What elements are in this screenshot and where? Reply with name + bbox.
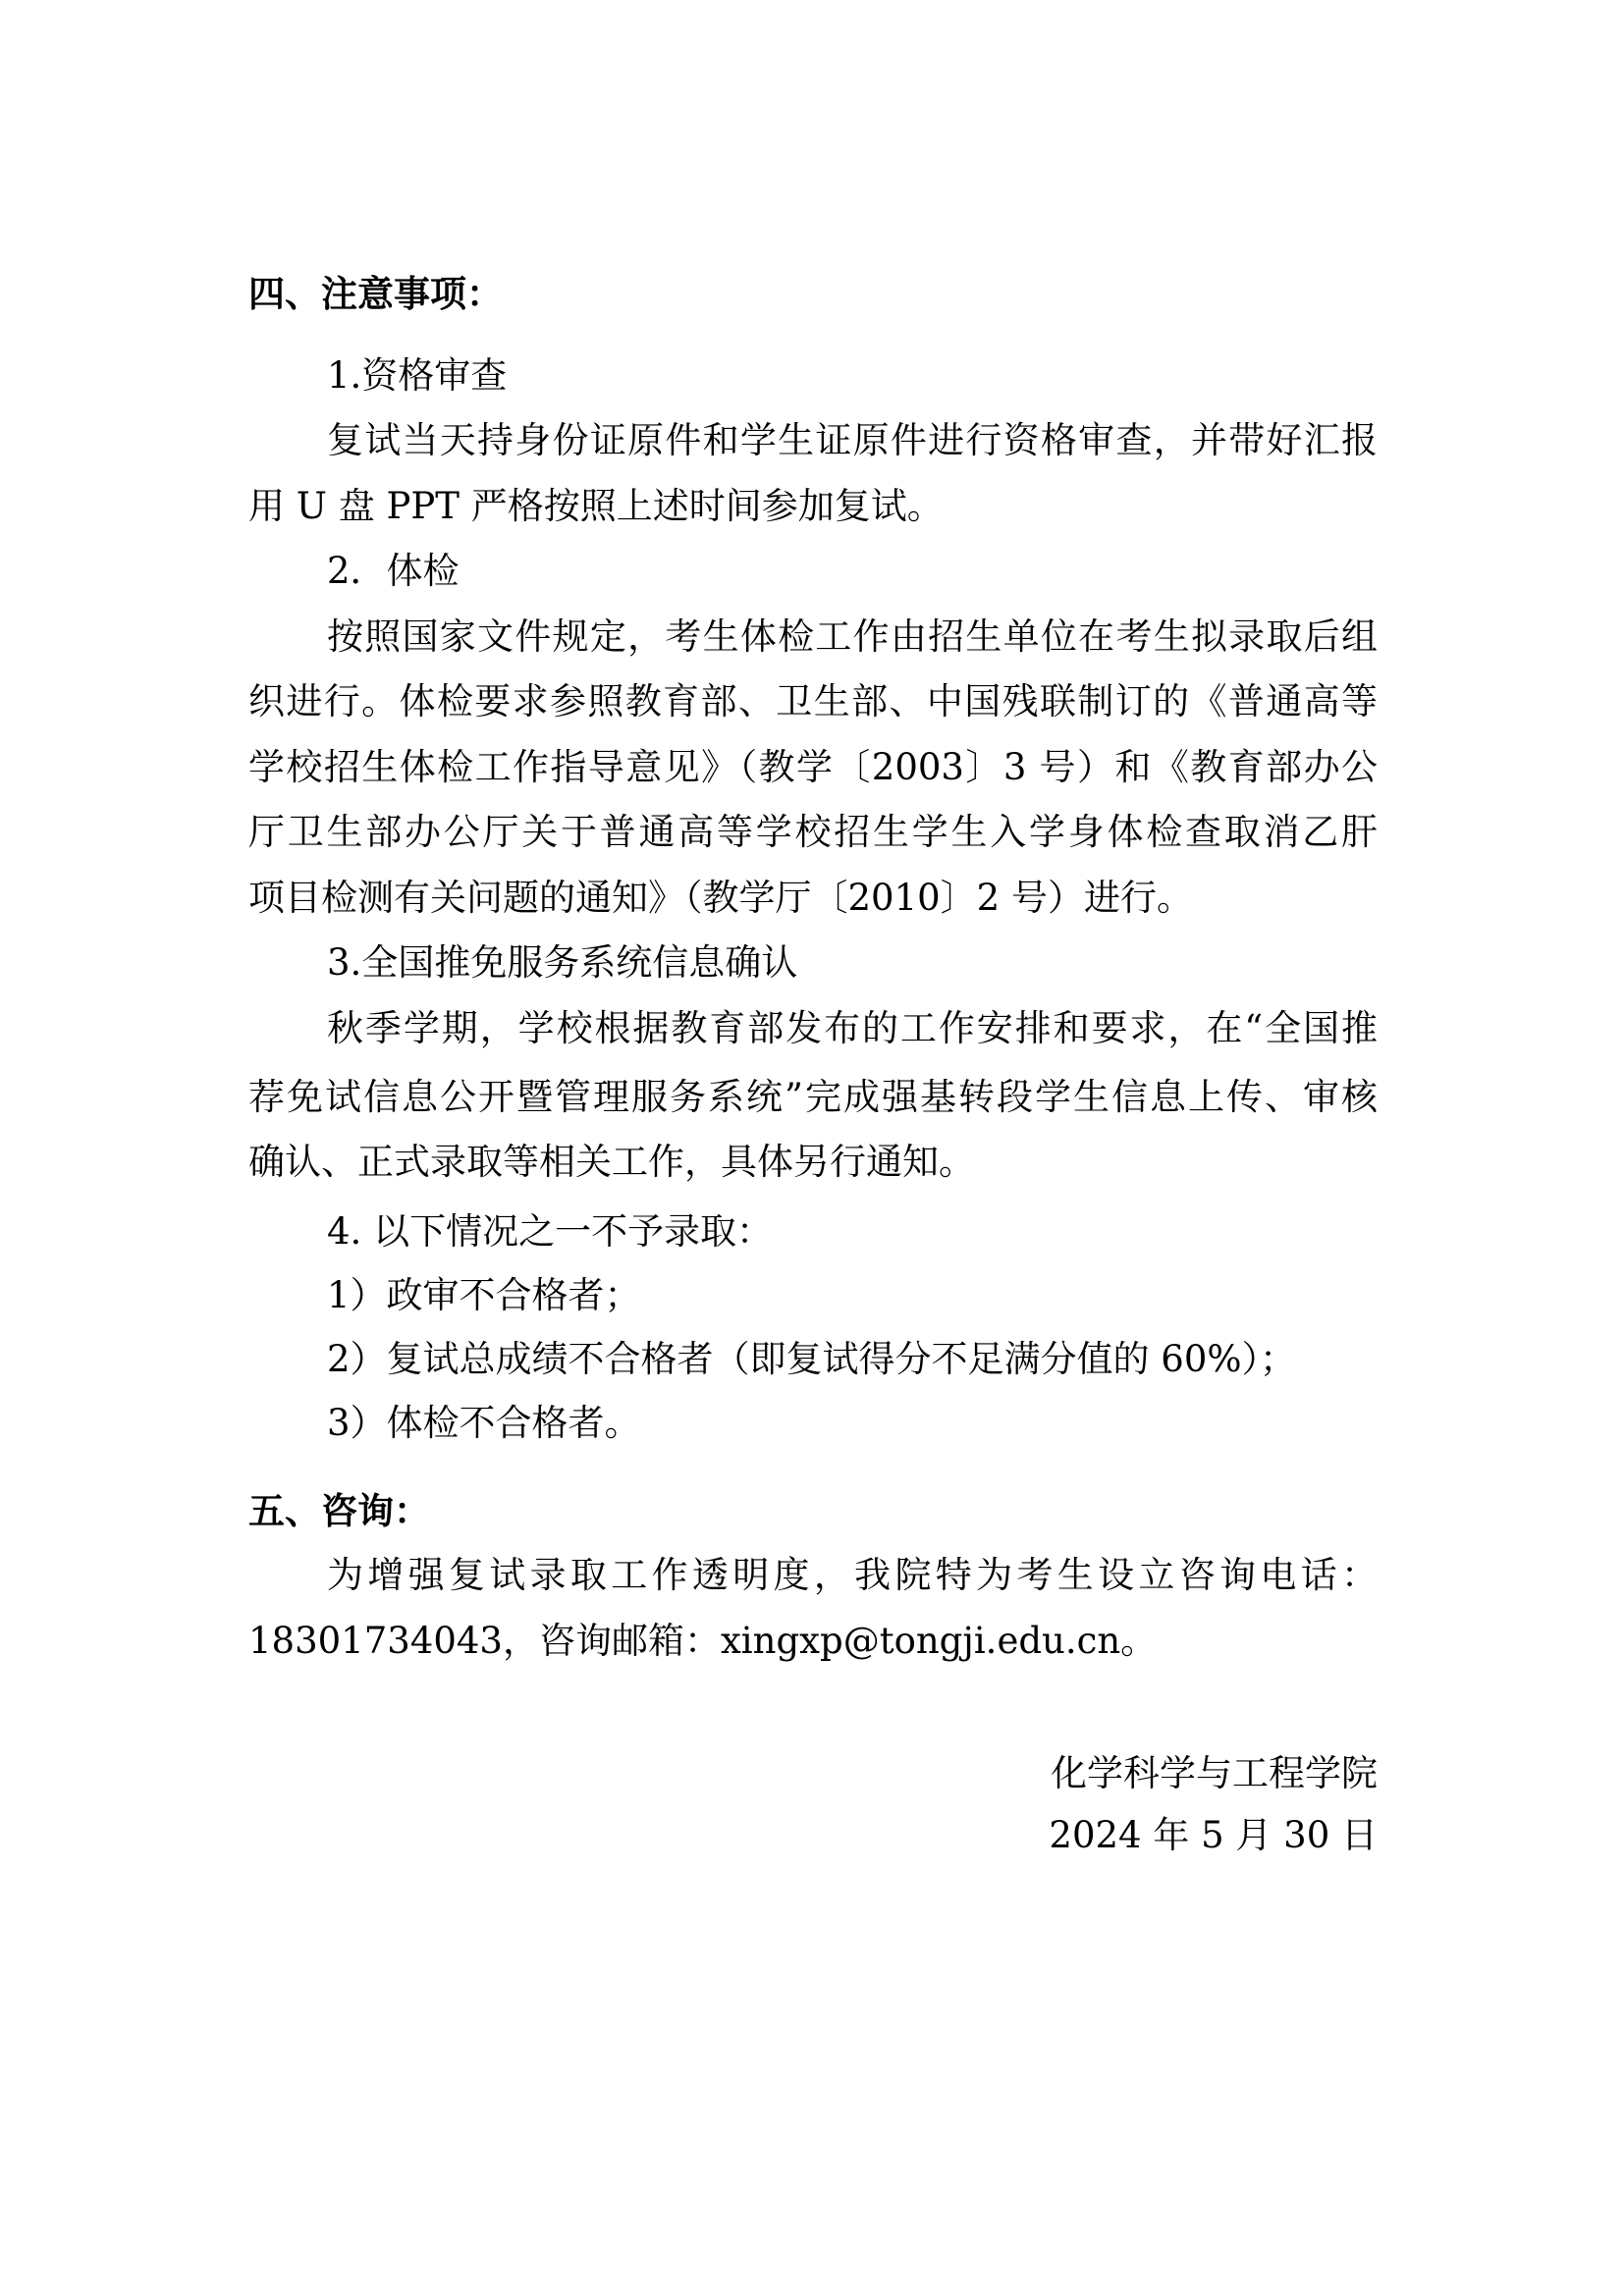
paragraph-line: 学校招生体检工作指导意见》（教学〔2003〕3 号）和《教育部办公 — [248, 746, 1378, 789]
paragraph-line: 厅卫生部办公厅关于普通高等学校招生学生入学身体检查取消乙肝 — [248, 811, 1378, 854]
paragraph-line: 复试当天持身份证原件和学生证原件进行资格审查，并带好汇报 — [327, 419, 1378, 462]
paragraph-line: 项目检测有关问题的通知》（教学厅〔2010〕2 号）进行。 — [248, 877, 1378, 920]
condition-item: 3）体检不合格者。 — [327, 1402, 1378, 1445]
section-heading-consultation: 五、咨询： — [248, 1490, 1378, 1533]
condition-item: 1）政审不合格者； — [327, 1274, 1378, 1317]
paragraph-line: 用 U 盘 PPT 严格按照上述时间参加复试。 — [248, 485, 1378, 528]
contact-line: 18301734043，咨询邮箱：xingxp@tongji.edu.cn。 — [248, 1620, 1378, 1663]
paragraph-line: 按照国家文件规定，考生体检工作由招生单位在考生拟录取后组 — [327, 615, 1378, 659]
paragraph-line: 织进行。体检要求参照教育部、卫生部、中国残联制订的《普通高等 — [248, 680, 1378, 723]
item-title-disqualification: 4. 以下情况之一不予录取： — [327, 1210, 1378, 1254]
paragraph-line: 秋季学期，学校根据教育部发布的工作安排和要求，在“全国推 — [327, 1007, 1378, 1050]
paragraph-line: 为增强复试录取工作透明度，我院特为考生设立咨询电话： — [327, 1554, 1378, 1597]
item-title-info-confirmation: 3.全国推免服务系统信息确认 — [327, 941, 1378, 985]
item-title-qualification-review: 1.资格审查 — [327, 354, 1378, 398]
document-page: 四、注意事项： 1.资格审查 复试当天持身份证原件和学生证原件进行资格审查，并带… — [0, 0, 1624, 2296]
item-title-physical-exam: 2．体检 — [327, 550, 1378, 593]
paragraph-line: 确认、正式录取等相关工作，具体另行通知。 — [248, 1141, 1378, 1184]
section-heading-notes: 四、注意事项： — [248, 273, 1378, 316]
paragraph-line: 荐免试信息公开暨管理服务系统”完成强基转段学生信息上传、审核 — [248, 1076, 1378, 1119]
signature-organization: 化学科学与工程学院 — [1051, 1752, 1378, 1795]
condition-item: 2）复试总成绩不合格者（即复试得分不足满分值的 60%）； — [327, 1338, 1378, 1381]
signature-date: 2024 年 5 月 30 日 — [1049, 1814, 1378, 1857]
